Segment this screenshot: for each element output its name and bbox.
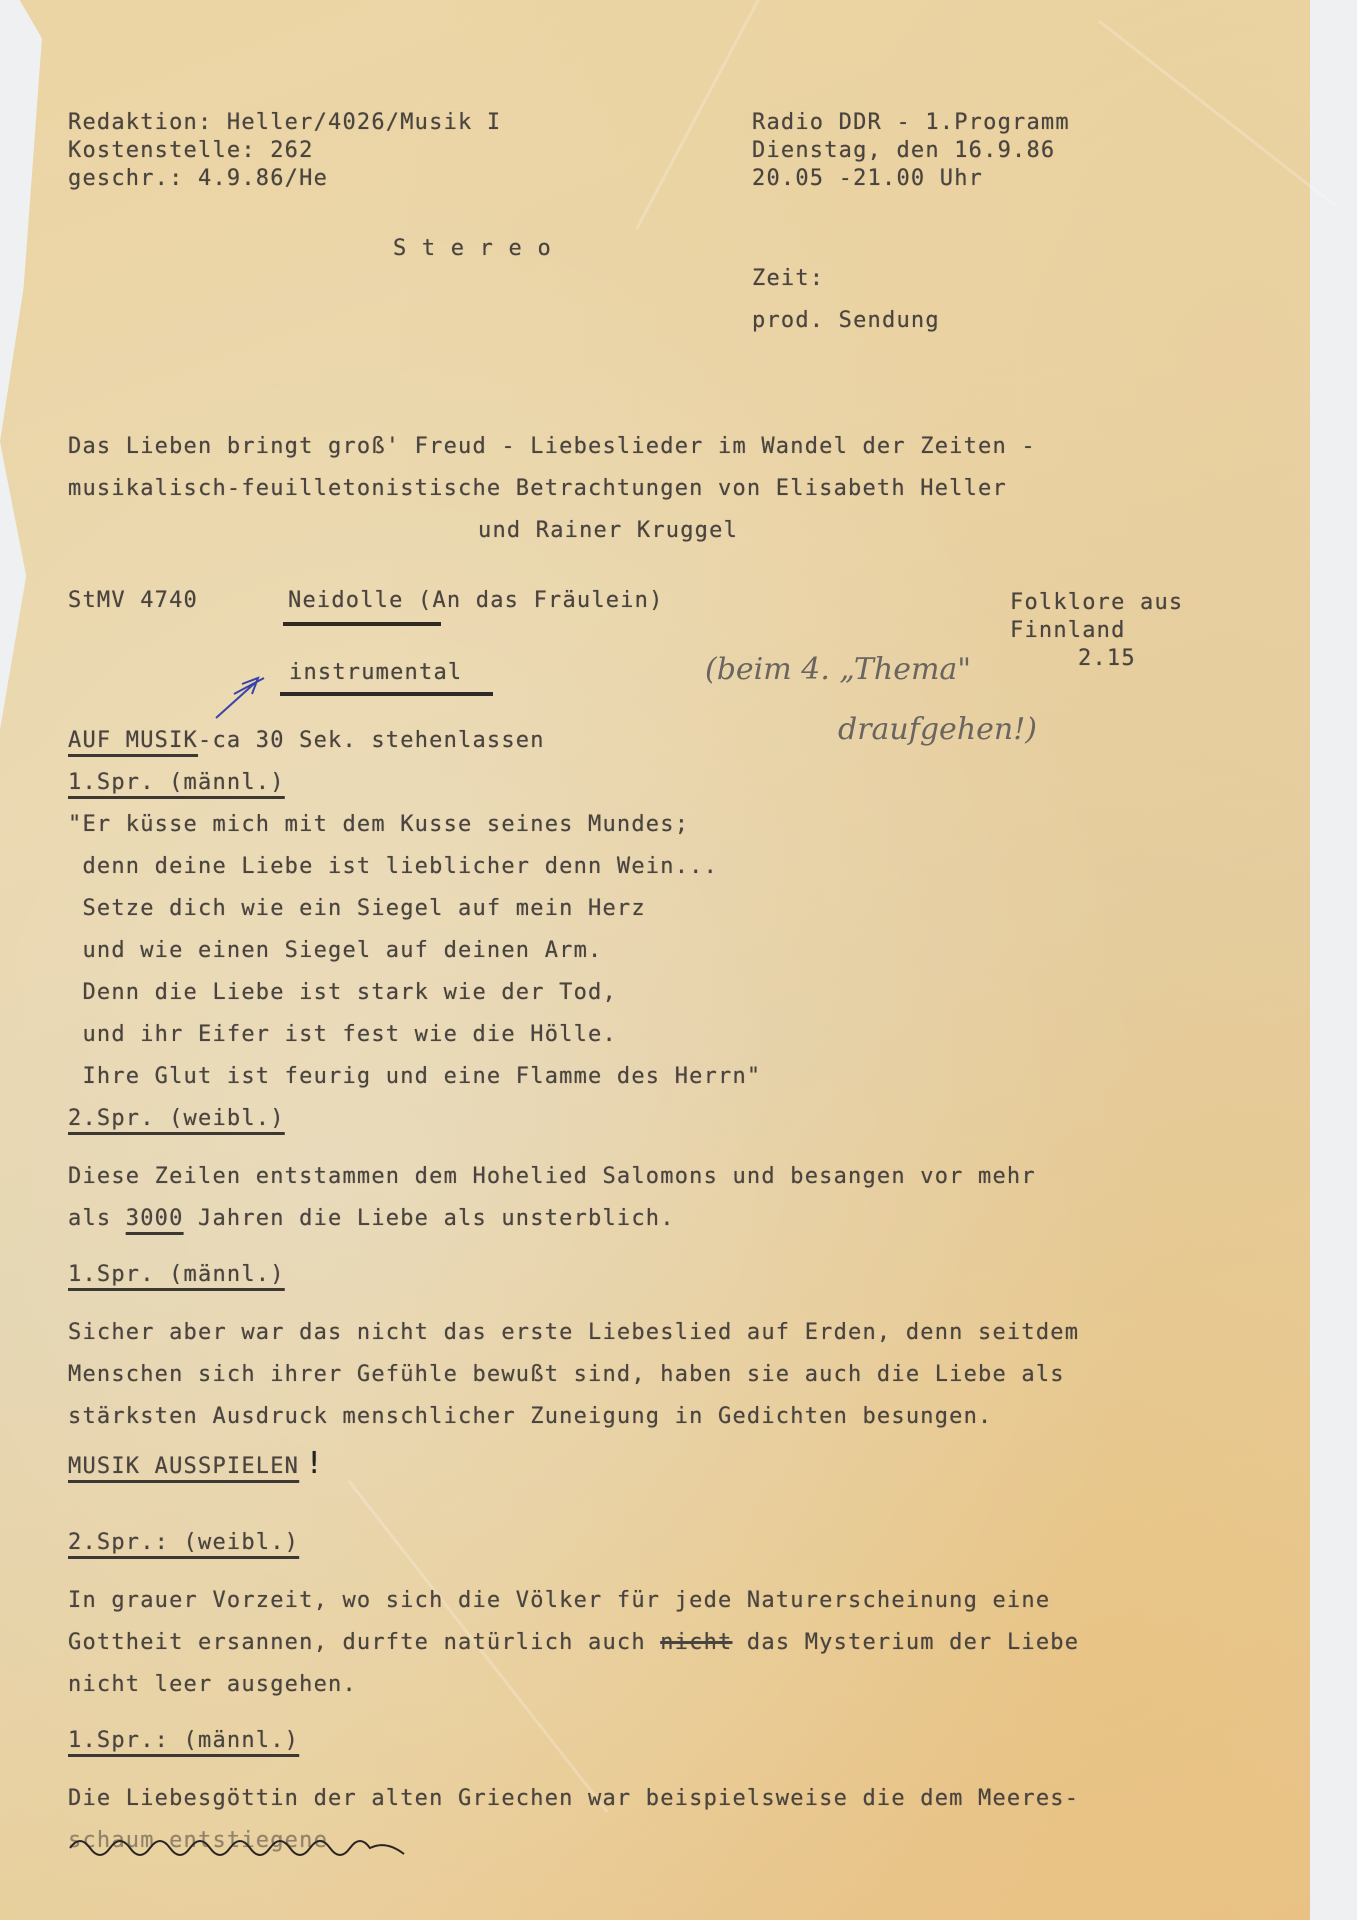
speaker-heading: 1.Spr. (männl.): [68, 1262, 285, 1287]
script-line: Setze dich wie ein Siegel auf mein Herz: [68, 896, 646, 921]
script-line: und ihr Eifer ist fest wie die Hölle.: [68, 1022, 617, 1047]
script-line: nicht leer ausgehen.: [68, 1672, 357, 1697]
origin-line1: Folklore aus: [1010, 590, 1183, 615]
program-title-line1: Das Lieben bringt groß' Freud - Liebesli…: [68, 434, 1036, 459]
script-line: Sicher aber war das nicht das erste Lieb…: [68, 1320, 1079, 1345]
script-line: Menschen sich ihrer Gefühle bewußt sind,…: [68, 1362, 1065, 1387]
text-fragment: Jahren die Liebe als unsterblich.: [184, 1206, 675, 1231]
zeit-label: Zeit:: [752, 266, 824, 291]
speaker-heading: 1.Spr.: (männl.): [68, 1728, 299, 1753]
script-line: In grauer Vorzeit, wo sich die Völker fü…: [68, 1588, 1050, 1613]
cue-music-on-label: AUF MUSIK: [68, 728, 198, 753]
arrow-icon: [212, 672, 282, 722]
script-line: Denn die Liebe ist stark wie der Tod,: [68, 980, 617, 1005]
duration: 2.15: [1078, 646, 1136, 671]
scribble-strikeout: [68, 1830, 408, 1860]
program-title-line2: musikalisch-feuilletonistische Betrachtu…: [68, 476, 1007, 501]
handwritten-note-line2: draufgehen!): [838, 712, 1037, 747]
cue-music-out: MUSIK AUSSPIELEN!: [68, 1446, 324, 1481]
script-line: stärksten Ausdruck menschlicher Zuneigun…: [68, 1404, 993, 1429]
struck-word: nicht: [660, 1630, 732, 1655]
broadcaster-line: Radio DDR - 1.Programm: [752, 110, 1070, 135]
script-line: Ihre Glut ist feurig und eine Flamme des…: [68, 1064, 761, 1089]
production-label: prod. Sendung: [752, 308, 940, 333]
broadcast-time-line: 20.05 -21.00 Uhr: [752, 166, 983, 191]
catalog-number: StMV 4740: [68, 588, 198, 613]
song-title-underline: [283, 622, 441, 626]
speaker-heading: 2.Spr.: (weibl.): [68, 1530, 299, 1555]
speaker-heading: 1.Spr. (männl.): [68, 770, 285, 795]
arrangement: instrumental: [289, 660, 462, 685]
script-line: denn deine Liebe ist lieblicher denn Wei…: [68, 854, 718, 879]
broadcast-date-line: Dienstag, den 16.9.86: [752, 138, 1055, 163]
underlined-number: 3000: [126, 1206, 184, 1231]
text-fragment: Gottheit ersannen, durfte natürlich auch: [68, 1630, 660, 1655]
song-title: Neidolle (An das Fräulein): [288, 588, 664, 613]
cue-music-on-text: -ca 30 Sek. stehenlassen: [198, 728, 545, 753]
text-fragment: das Mysterium der Liebe: [732, 1630, 1079, 1655]
script-line: als 3000 Jahren die Liebe als unsterblic…: [68, 1206, 675, 1231]
script-line: Die Liebesgöttin der alten Griechen war …: [68, 1786, 1079, 1811]
script-line: Gottheit ersannen, durfte natürlich auch…: [68, 1630, 1079, 1655]
origin-line2: Finnland: [1010, 618, 1126, 643]
kostenstelle-line: Kostenstelle: 262: [68, 138, 314, 163]
cue-music-out-label: MUSIK AUSSPIELEN: [68, 1454, 299, 1479]
exclamation-mark: !: [305, 1446, 324, 1481]
stereo-label: S t e r e o: [393, 236, 552, 261]
program-title-line3: und Rainer Kruggel: [478, 518, 738, 543]
script-line: und wie einen Siegel auf deinen Arm.: [68, 938, 602, 963]
speaker-heading: 2.Spr. (weibl.): [68, 1106, 285, 1131]
cue-music-on: AUF MUSIK-ca 30 Sek. stehenlassen: [68, 728, 545, 753]
redaktion-line: Redaktion: Heller/4026/Musik I: [68, 110, 501, 135]
script-line: Diese Zeilen entstammen dem Hohelied Sal…: [68, 1164, 1036, 1189]
text-fragment: als: [68, 1206, 126, 1231]
arrangement-underline: [280, 692, 493, 696]
script-line: "Er küsse mich mit dem Kusse seines Mund…: [68, 812, 689, 837]
written-date-line: geschr.: 4.9.86/He: [68, 166, 328, 191]
handwritten-note-line1: (beim 4. „Thema": [705, 652, 971, 687]
